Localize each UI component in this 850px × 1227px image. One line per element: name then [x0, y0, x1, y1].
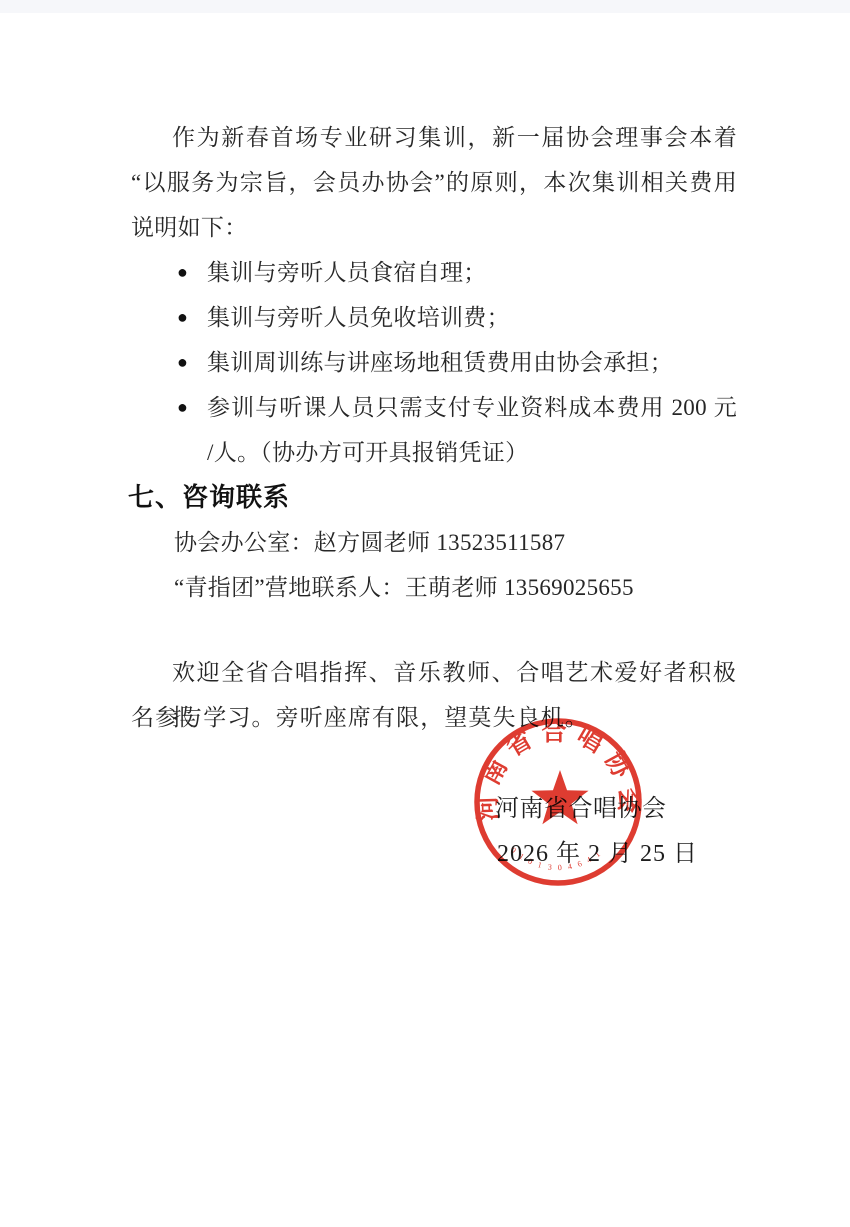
list-item-text: 集训周训练与讲座场地租赁费用由协会承担； [207, 340, 737, 385]
intro-paragraph: 作为新春首场专业研习集训，新一届协会理事会本着 “以服务为宗旨，会员办协会”的原… [131, 115, 737, 250]
list-item: ● 参训与听课人员只需支付专业资料成本费用 200 元 /人。（协办方可开具报销… [131, 385, 737, 475]
official-seal-stamp: 河南省合唱协会 0101304641 [463, 707, 653, 897]
intro-line: 说明如下： [131, 205, 737, 250]
document-page: 作为新春首场专业研习集训，新一届协会理事会本着 “以服务为宗旨，会员办协会”的原… [0, 0, 850, 1227]
section-heading-contact: 七、咨询联系 [131, 475, 737, 520]
contact-camp-line: “青指团”营地联系人：王萌老师 13569025655 [131, 565, 737, 610]
fee-bullet-list: ● 集训与旁听人员食宿自理； ● 集训与旁听人员免收培训费； ● 集训周训练与讲… [131, 250, 737, 475]
seal-star-icon [531, 770, 588, 824]
bullet-icon: ● [177, 295, 194, 340]
list-item-text: 参训与听课人员只需支付专业资料成本费用 200 元 [207, 385, 737, 430]
bullet-icon: ● [177, 340, 194, 385]
list-item: ● 集训与旁听人员免收培训费； [131, 295, 737, 340]
intro-line: “以服务为宗旨，会员办协会”的原则，本次集训相关费用 [131, 160, 737, 205]
contact-block: 协会办公室：赵方圆老师 13523511587 “青指团”营地联系人：王萌老师 … [131, 520, 737, 610]
svg-text:0101304641: 0101304641 [509, 845, 607, 872]
list-item-text: 集训与旁听人员食宿自理； [207, 250, 737, 295]
document-body: 作为新春首场专业研习集训，新一届协会理事会本着 “以服务为宗旨，会员办协会”的原… [131, 115, 737, 740]
bullet-icon: ● [177, 250, 194, 295]
closing-line: 欢迎全省合唱指挥、音乐教师、合唱艺术爱好者积极报 [131, 650, 737, 695]
list-item-text: /人。（协办方可开具报销凭证） [207, 430, 737, 475]
list-item: ● 集训与旁听人员食宿自理； [131, 250, 737, 295]
contact-office-line: 协会办公室：赵方圆老师 13523511587 [131, 520, 737, 565]
intro-line: 作为新春首场专业研习集训，新一届协会理事会本着 [131, 115, 737, 160]
list-item-text: 集训与旁听人员免收培训费； [207, 295, 737, 340]
section-heading-text: 七、咨询联系 [128, 475, 737, 520]
list-item: ● 集训周训练与讲座场地租赁费用由协会承担； [131, 340, 737, 385]
bullet-icon: ● [177, 385, 194, 430]
blank-gap [131, 610, 737, 650]
seal-serial-number: 0101304641 [509, 845, 607, 872]
scan-edge-strip [0, 0, 850, 13]
